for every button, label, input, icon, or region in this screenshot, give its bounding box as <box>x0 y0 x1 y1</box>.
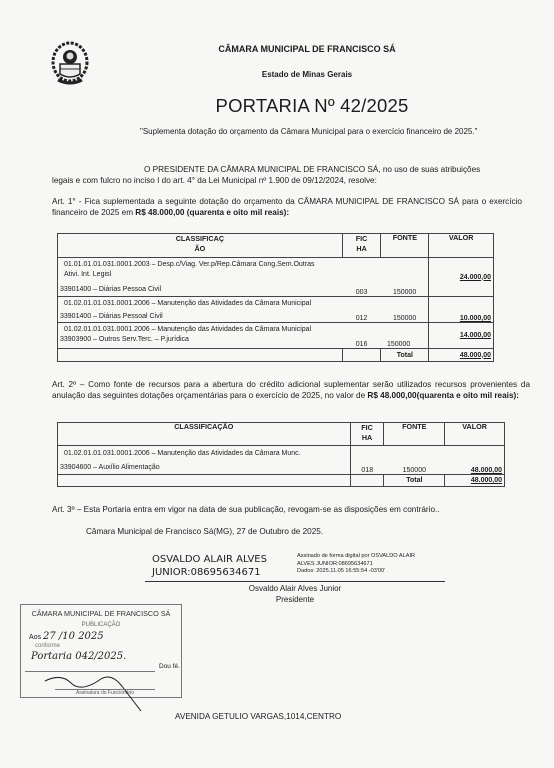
classificacao-cell: 01.02.01.01.031.0001.2006 – Manutenção d… <box>58 297 343 323</box>
total-value: 48.000,00 <box>429 349 494 362</box>
stamp-date-line: Aos 27 /10 2025 <box>29 631 104 642</box>
place-date: Câmara Municipal de Francisco Sá(MG), 27… <box>86 527 323 536</box>
preamble: O PRESIDENTE DA CÂMARA MUNICIPAL DE FRAN… <box>52 164 530 186</box>
header-ficha: FICHA <box>350 423 384 446</box>
stamp-signature-label: Assinatura do Funcionário <box>55 690 155 696</box>
article-2: Art. 2º – Como fonte de recursos para a … <box>52 379 530 401</box>
signature-name-line-1: OSVALDO ALAIR ALVES <box>152 553 267 566</box>
table-row: 01.02.01.01.031.0001.2006 – Manutenção d… <box>58 446 505 475</box>
publication-stamp: CÂMARA MUNICIPAL DE FRANCISCO SÁ PUBLICA… <box>20 604 182 698</box>
annulment-table: CLASSIFICAÇÃO FICHA FONTE VALOR 01.02.01… <box>57 422 505 487</box>
article-1-amount: R$ 48.000,00 (quarenta e oito mil reais)… <box>135 208 289 217</box>
header-classificacao: CLASSIFICAÇÃO <box>58 423 351 446</box>
supplement-table: CLASSIFICAÇÃO FICHA FONTE VALOR 01.01.01… <box>57 233 494 362</box>
signature-line <box>145 581 445 582</box>
table-total-row: Total 48.000,00 <box>58 475 505 487</box>
fonte-cell: 150000 <box>381 323 429 349</box>
header-valor: VALOR <box>429 234 494 258</box>
ementa: "Suplementa dotação do orçamento da Câma… <box>140 127 477 136</box>
table-row: 01.02.01.01.031.0001.2006 – Manutenção d… <box>58 323 494 349</box>
preamble-line-2: legais e com fulcro no inciso I do art. … <box>52 175 530 186</box>
institution-name: CÂMARA MUNICIPAL DE FRANCISCO SÁ <box>0 44 554 54</box>
table-header-row: CLASSIFICAÇÃO FICHA FONTE VALOR <box>58 234 494 258</box>
total-value: 48.000,00 <box>445 475 505 487</box>
table-row: 01.01.01.01.031.0001.2003 – Desp.c/Viag.… <box>58 258 494 297</box>
header-valor: VALOR <box>445 423 505 446</box>
stamp-handwritten-date: 27 /10 2025 <box>43 631 104 642</box>
preamble-line-1: O PRESIDENTE DA CÂMARA MUNICIPAL DE FRAN… <box>52 164 530 175</box>
empty-cell <box>58 475 351 487</box>
signature-info-line-2: ALVES JUNIOR:08695634671 <box>297 561 415 569</box>
fonte-cell: 150000 <box>384 446 445 475</box>
article-1: Art. 1° - Fica suplementada a seguinte d… <box>52 196 522 218</box>
stamp-conforme: conforme <box>35 643 60 649</box>
classificacao-cell: 01.02.01.01.031.0001.2006 – Manutenção d… <box>58 323 343 349</box>
table-total-row: Total 48.000,00 <box>58 349 494 362</box>
header-fonte: FONTE <box>384 423 445 446</box>
header-classificacao: CLASSIFICAÇÃO <box>58 234 343 258</box>
digital-signature-info: Assinado de forma digital por OSVALDO AL… <box>297 553 415 576</box>
header-ficha: FICHA <box>342 234 381 258</box>
classificacao-cell: 01.01.01.01.031.0001.2003 – Desp.c/Viag.… <box>58 258 343 297</box>
classificacao-cell: 01.02.01.01.031.0001.2006 – Manutenção d… <box>58 446 351 475</box>
document-title: PORTARIA Nº 42/2025 <box>0 95 554 117</box>
fonte-cell: 150000 <box>381 258 429 297</box>
signature-name-line-2: JUNIOR:08695634671 <box>152 566 267 579</box>
signatory-name: Osvaldo Alair Alves Junior <box>145 583 445 594</box>
article-2-amount: R$ 48.000,00(quarenta e oito mil reais): <box>367 391 519 400</box>
stamp-institution: CÂMARA MUNICIPAL DE FRANCISCO SÁ <box>25 609 177 618</box>
valor-cell: 14.000,00 <box>429 323 494 349</box>
ficha-cell: 012 <box>342 297 381 323</box>
empty-cell <box>342 349 381 362</box>
header-fonte: FONTE <box>381 234 429 258</box>
digital-signature-name: OSVALDO ALAIR ALVES JUNIOR:08695634671 <box>152 553 267 579</box>
empty-cell <box>350 475 384 487</box>
table-row: 01.02.01.01.031.0001.2006 – Manutenção d… <box>58 297 494 323</box>
stamp-dou-fe: Dou fé. <box>159 663 180 670</box>
signature-info-line-3: Dados: 2025.11.05 16:55:54 -03'00' <box>297 568 415 576</box>
stamp-title: PUBLICAÇÃO <box>21 622 181 628</box>
valor-cell: 24.000,00 <box>429 258 494 297</box>
state-name: Estado de Minas Gerais <box>0 70 554 79</box>
fonte-cell: 150000 <box>381 297 429 323</box>
ficha-cell: 018 <box>350 446 384 475</box>
stamp-aos-label: Aos <box>29 634 41 641</box>
valor-cell: 48.000,00 <box>445 446 505 475</box>
footer-address: AVENIDA GETULIO VARGAS,1014,CENTRO <box>175 712 341 721</box>
signatory-role: Presidente <box>145 594 445 605</box>
article-3: Art. 3º – Esta Portaria entra em vigor n… <box>52 505 440 514</box>
ficha-cell: 016 <box>342 323 381 349</box>
total-label: Total <box>381 349 429 362</box>
signatory: Osvaldo Alair Alves Junior Presidente <box>145 583 445 605</box>
ficha-cell: 003 <box>342 258 381 297</box>
signature-info-line-1: Assinado de forma digital por OSVALDO AL… <box>297 553 415 561</box>
stamp-doc-line: Portaria 042/2025. <box>31 651 126 662</box>
total-label: Total <box>384 475 445 487</box>
empty-cell <box>58 349 343 362</box>
stamp-handwritten-doc: Portaria 042/2025. <box>31 651 126 662</box>
valor-cell: 10.000,00 <box>429 297 494 323</box>
table-header-row: CLASSIFICAÇÃO FICHA FONTE VALOR <box>58 423 505 446</box>
